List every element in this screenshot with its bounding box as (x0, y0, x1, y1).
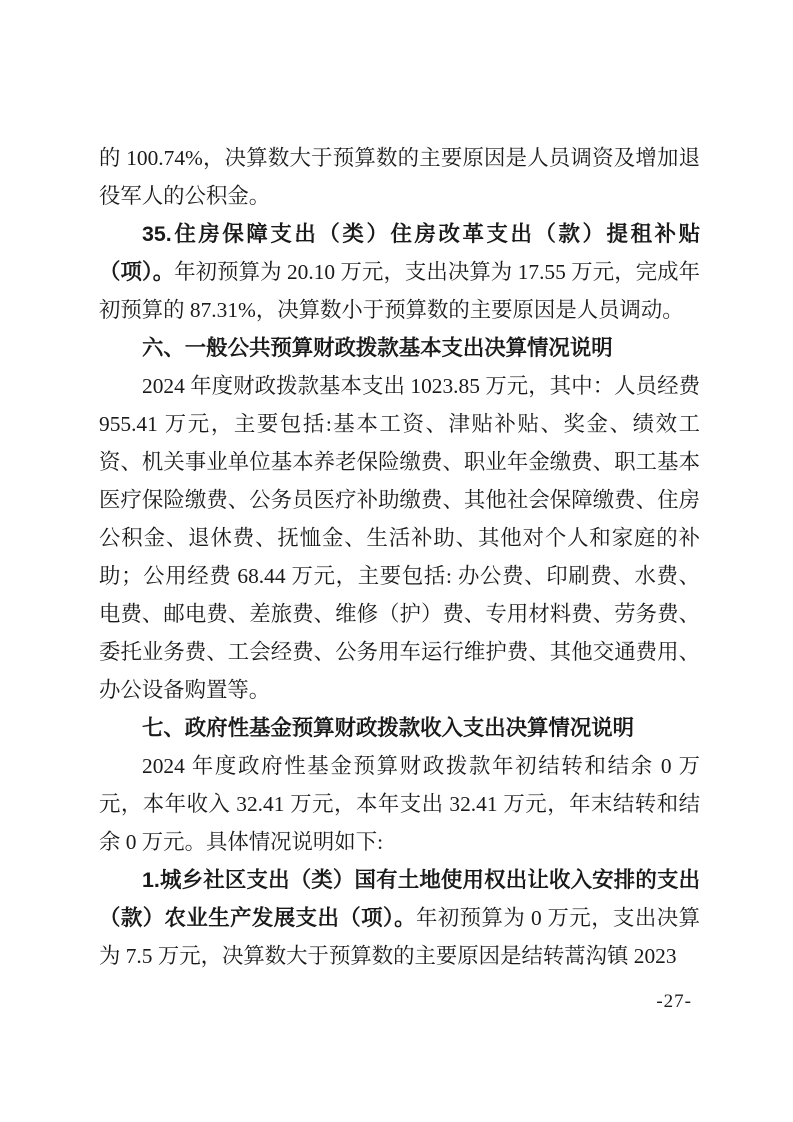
section-heading-7: 七、政府性基金预算财政拨款收入支出决算情况说明 (99, 709, 700, 747)
gov-fund-summary-text: 2024 年度政府性基金预算财政拨款年初结转和结余 0 万元，本年收入 32.4… (99, 754, 700, 854)
section-heading-6: 六、一般公共预算财政拨款基本支出决算情况说明 (99, 329, 700, 367)
paragraph-continuation-item-34: 的 100.74%，决算数大于预算数的主要原因是人员调资及增加退役军人的公积金。 (99, 139, 700, 215)
document-body: 的 100.74%，决算数大于预算数的主要原因是人员调资及增加退役军人的公积金。… (99, 139, 700, 975)
paragraph-basic-expenditure: 2024 年度财政拨款基本支出 1023.85 万元，其中：人员经费 955.4… (99, 367, 700, 709)
paragraph-text: 的 100.74%，决算数大于预算数的主要原因是人员调资及增加退役军人的公积金。 (99, 146, 700, 208)
paragraph-gov-fund-summary: 2024 年度政府性基金预算财政拨款年初结转和结余 0 万元，本年收入 32.4… (99, 747, 700, 861)
paragraph-item-1: 1.城乡社区支出（类）国有土地使用权出让收入安排的支出（款）农业生产发展支出（项… (99, 861, 700, 975)
section-heading-7-text: 七、政府性基金预算财政拨款收入支出决算情况说明 (142, 716, 634, 740)
document-page: 的 100.74%，决算数大于预算数的主要原因是人员调资及增加退役军人的公积金。… (0, 0, 793, 1122)
basic-expenditure-text: 2024 年度财政拨款基本支出 1023.85 万元，其中：人员经费 955.4… (99, 374, 700, 702)
paragraph-item-35: 35.住房保障支出（类）住房改革支出（款）提租补贴（项）。年初预算为 20.10… (99, 215, 700, 329)
item-35-detail: 年初预算为 20.10 万元，支出决算为 17.55 万元，完成年初预算的 87… (99, 260, 700, 322)
page-number: -27- (656, 991, 692, 1013)
section-heading-6-text: 六、一般公共预算财政拨款基本支出决算情况说明 (142, 336, 613, 360)
